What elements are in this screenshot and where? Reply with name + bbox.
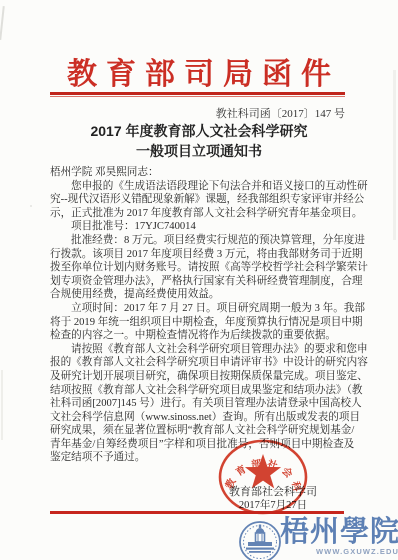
- scan-artifact: [1, 370, 3, 440]
- body-line: 报的《教育部人文社会科学研究项目申请评审书》中设计的研究内容: [50, 356, 348, 370]
- body-line: 项目批准号：17YJC740014: [50, 220, 348, 234]
- scanned-letter-page: 教育部司局函件 教社科司函〔2017〕147 号 2017 年度教育部人文社会科…: [0, 0, 398, 560]
- letter-body: 梧州学院 邓昊熙同志： 您申报的《生成语法语段理论下句法合并和语义接口的互动性研…: [50, 166, 348, 465]
- letterhead-divider: [50, 92, 345, 95]
- body-line: 请按照《教育部人文社会科学研究项目管理办法》的要求和您申: [50, 343, 348, 357]
- scan-artifact: [0, 6, 5, 40]
- university-url-watermark: WWW.GXUWZ.EDU.CN: [316, 547, 398, 556]
- university-name-watermark: 梧州學院: [280, 509, 398, 550]
- letterhead-title: 教育部司局函件: [0, 49, 398, 93]
- university-emblem-icon: [238, 520, 282, 560]
- body-line: 示，正式批准为 2017 年度教育部人文社会科学研究青年基金项目。: [50, 207, 348, 221]
- body-line: 立项时间：2017 年 7 月 27 日。项目研究周期一般为 3 年。我部: [50, 302, 348, 316]
- body-line: 批准经费：8 万元。项目经费实行规范的预决算管理，分年度进: [50, 234, 348, 248]
- notice-title-line1: 2017 年度教育部人文社会科学研究: [0, 121, 398, 141]
- body-line: 结项按照《教育部人文社会科学研究项目成果鉴定和结项办法》（教: [50, 384, 348, 398]
- scan-artifact: [30, 205, 32, 207]
- body-line: 合规使用经费，提高经费使用效益。: [50, 288, 348, 302]
- document-number: 教社科司函〔2017〕147 号: [216, 105, 345, 121]
- salutation: 梧州学院 邓昊熙同志：: [50, 166, 348, 180]
- notice-title-line2: 一般项目立项通知书: [0, 141, 398, 161]
- body-line: 拨至你单位计划内财务账号。请按照《高等学校哲学社会科学繁荣计: [50, 261, 348, 275]
- body-line: 文社会科学信息网（www.sinoss.net）查询。所有出版或发表的项目: [50, 411, 348, 425]
- body-line: 划专项资金管理办法》，严格执行国家有关科研经费管理制度，合理: [50, 275, 348, 289]
- body-line: 及研究计划开展项目研究，确保项目按期保质保量完成。项目鉴定、: [50, 370, 348, 384]
- body-line: 将于 2019 年统一组织项目中期检查，年度预算执行情况是项目中期: [50, 316, 348, 330]
- body-line: 检查的内容之一。中期检查情况将作为后续拨款的重要依据。: [50, 329, 348, 343]
- seal-star-icon: [245, 454, 281, 488]
- body-line: 社科司函[2007]145 号）进行。有关项目管理办法请登录中国高校人: [50, 397, 348, 411]
- body-line: 行拨款。该项目 2017 年度项目经费 3 万元，将由我部财务司于近期: [50, 248, 348, 262]
- body-lines: 您申报的《生成语法语段理论下句法合并和语义接口的互动性研究--现代汉语形义错配现…: [50, 180, 348, 465]
- body-line: 您申报的《生成语法语段理论下句法合并和语义接口的互动性研: [50, 180, 348, 194]
- body-line: 究--现代汉语形义错配现象新解》课题，经我部组织专家评审并经公: [50, 193, 348, 207]
